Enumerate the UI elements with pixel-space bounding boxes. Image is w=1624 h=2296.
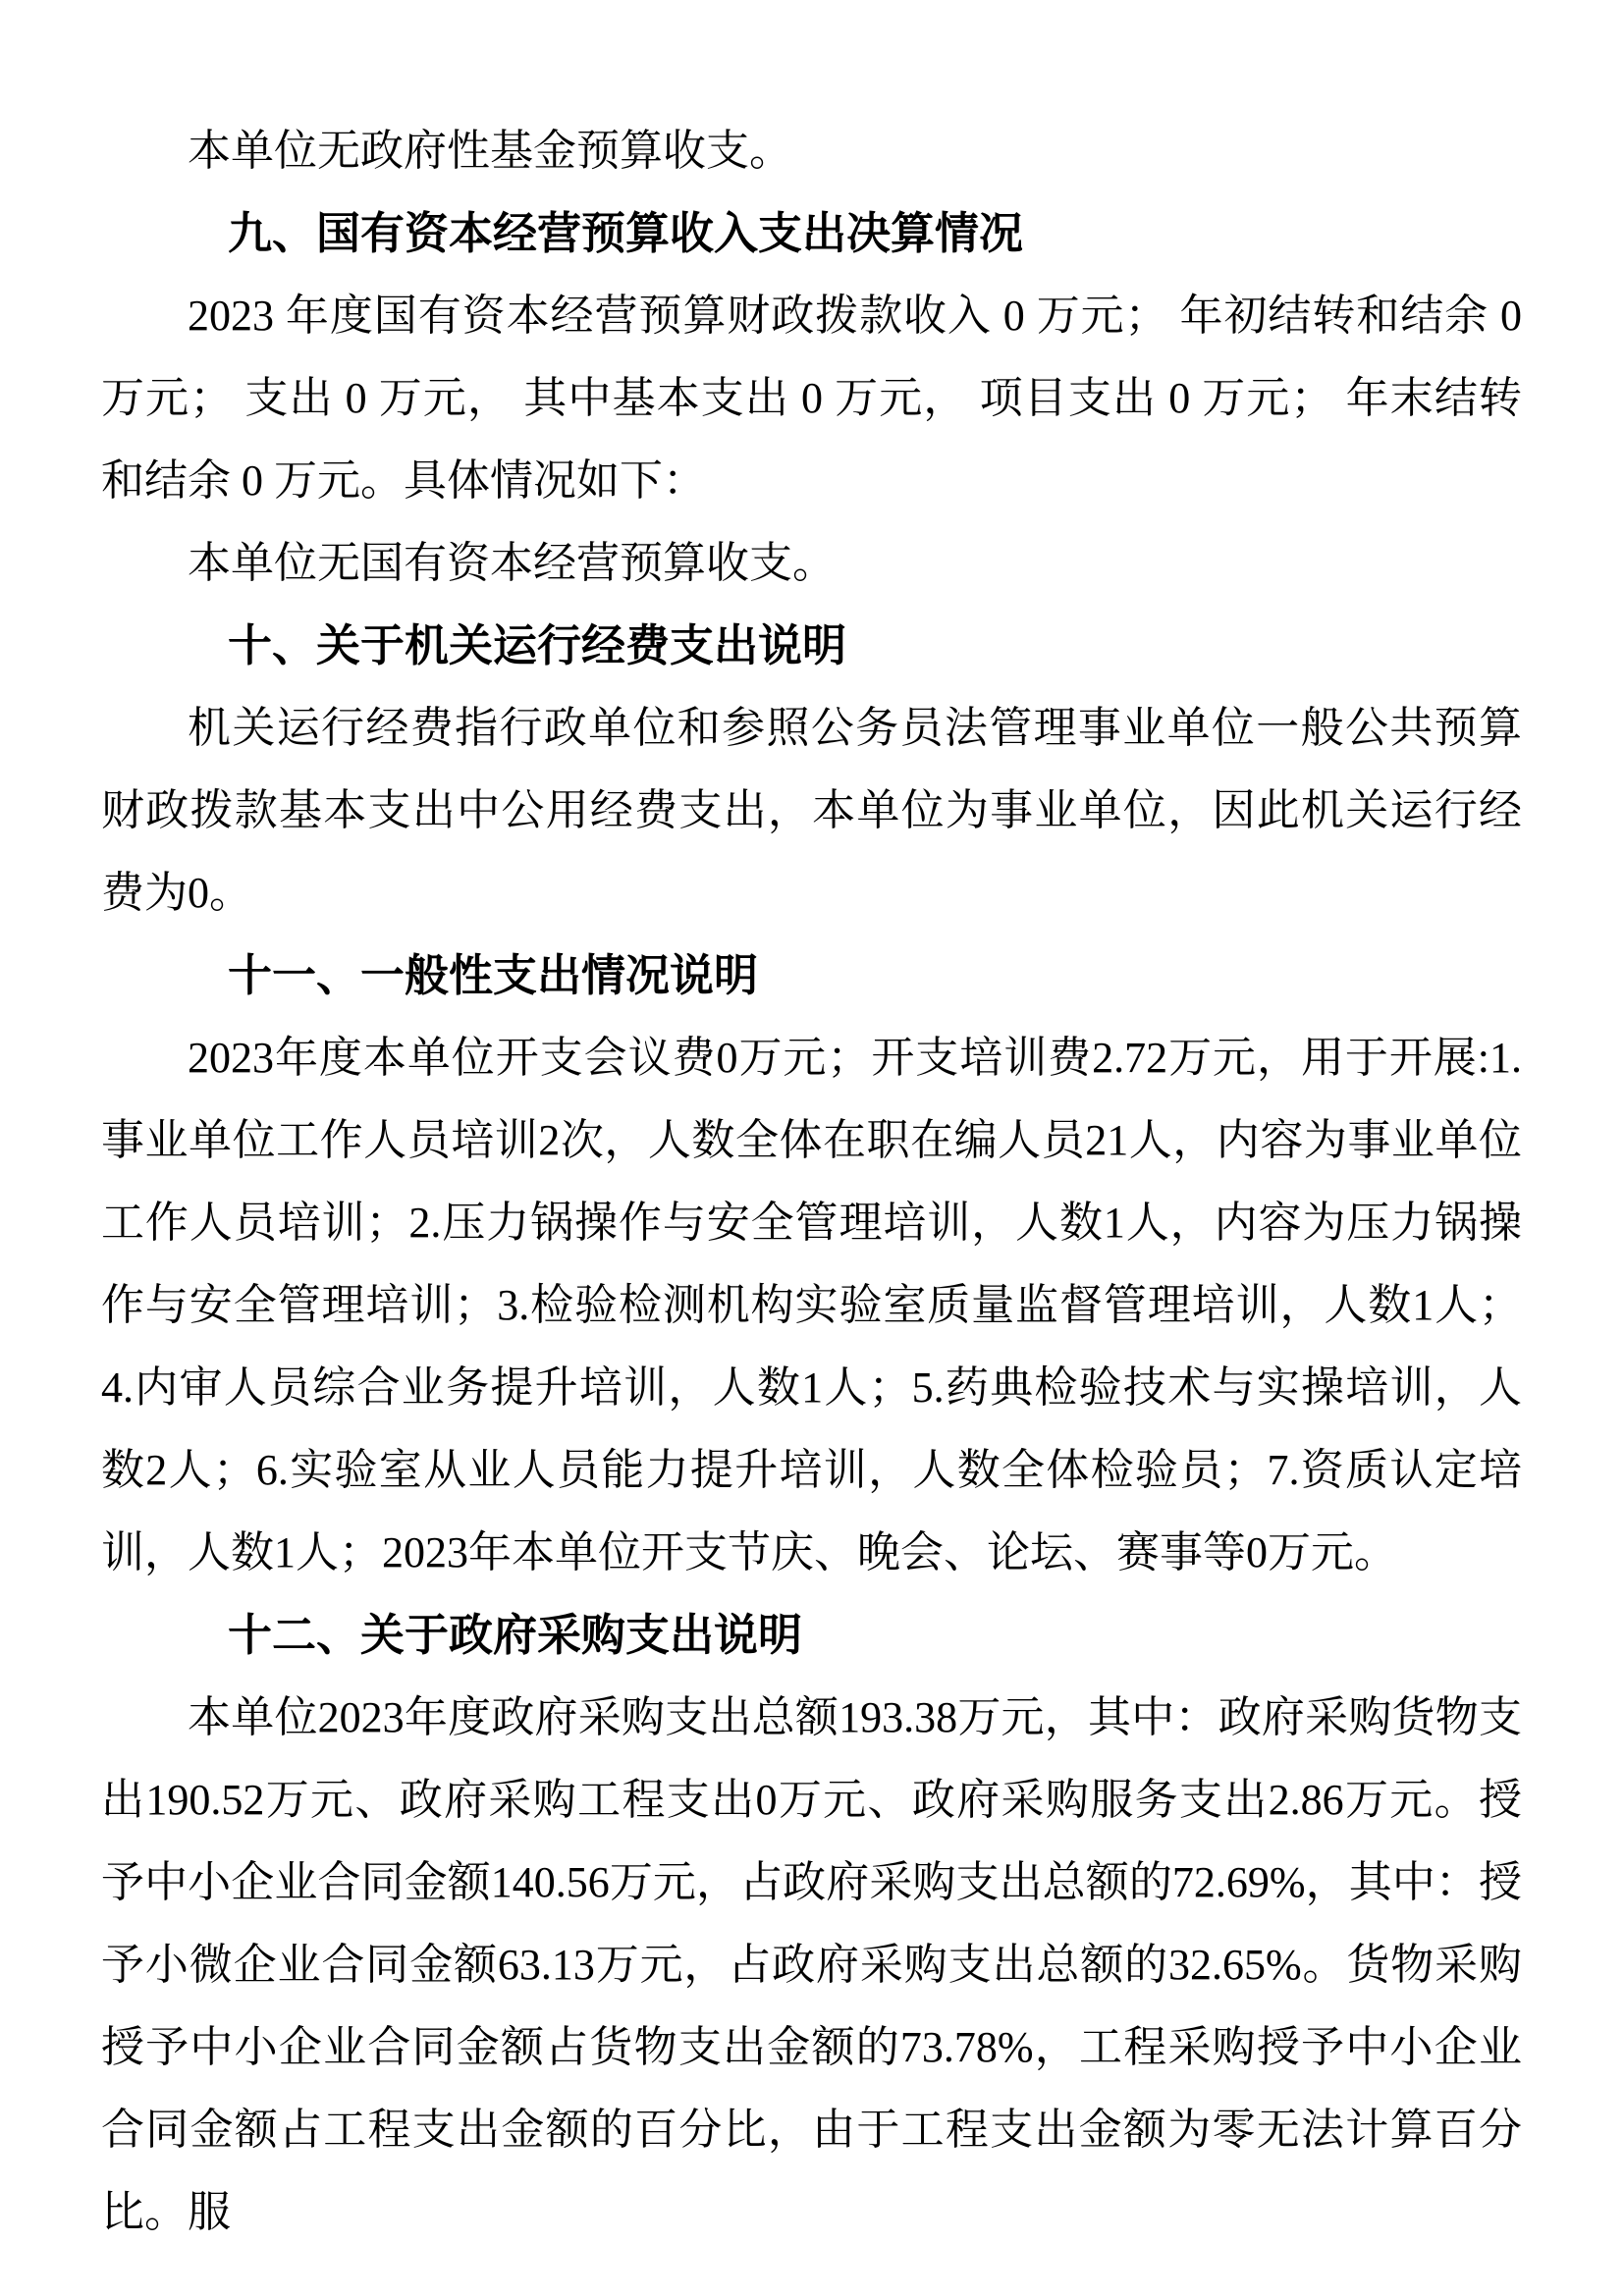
para-operating-expense-explanation: 机关运行经费指行政单位和参照公务员法管理事业单位一般公共预算财政拨款基本支出中公…: [101, 687, 1522, 934]
document-page: 本单位无政府性基金预算收支。 九、国有资本经营预算收入支出决算情况 2023 年…: [0, 0, 1624, 2296]
para-general-expenditure-details: 2023年度本单位开支会议费0万元；开支培训费2.72万元，用于开展:1.事业单…: [101, 1017, 1522, 1594]
para-government-procurement-details: 本单位2023年度政府采购支出总额193.38万元，其中：政府采购货物支出190…: [101, 1677, 1522, 2254]
para-no-state-capital-budget: 本单位无国有资本经营预算收支。: [101, 522, 1522, 605]
heading-section-11-general-expenditure: 十一、一般性支出情况说明: [101, 934, 1522, 1017]
heading-section-12-government-procurement: 十二、关于政府采购支出说明: [101, 1594, 1522, 1677]
heading-section-9-state-capital-budget: 九、国有资本经营预算收入支出决算情况: [101, 192, 1522, 275]
para-state-capital-budget-figures: 2023 年度国有资本经营预算财政拨款收入 0 万元； 年初结转和结余 0 万元…: [101, 275, 1522, 522]
heading-section-10-operating-expense: 十、关于机关运行经费支出说明: [101, 605, 1522, 687]
para-no-government-fund-budget: 本单位无政府性基金预算收支。: [101, 110, 1522, 192]
